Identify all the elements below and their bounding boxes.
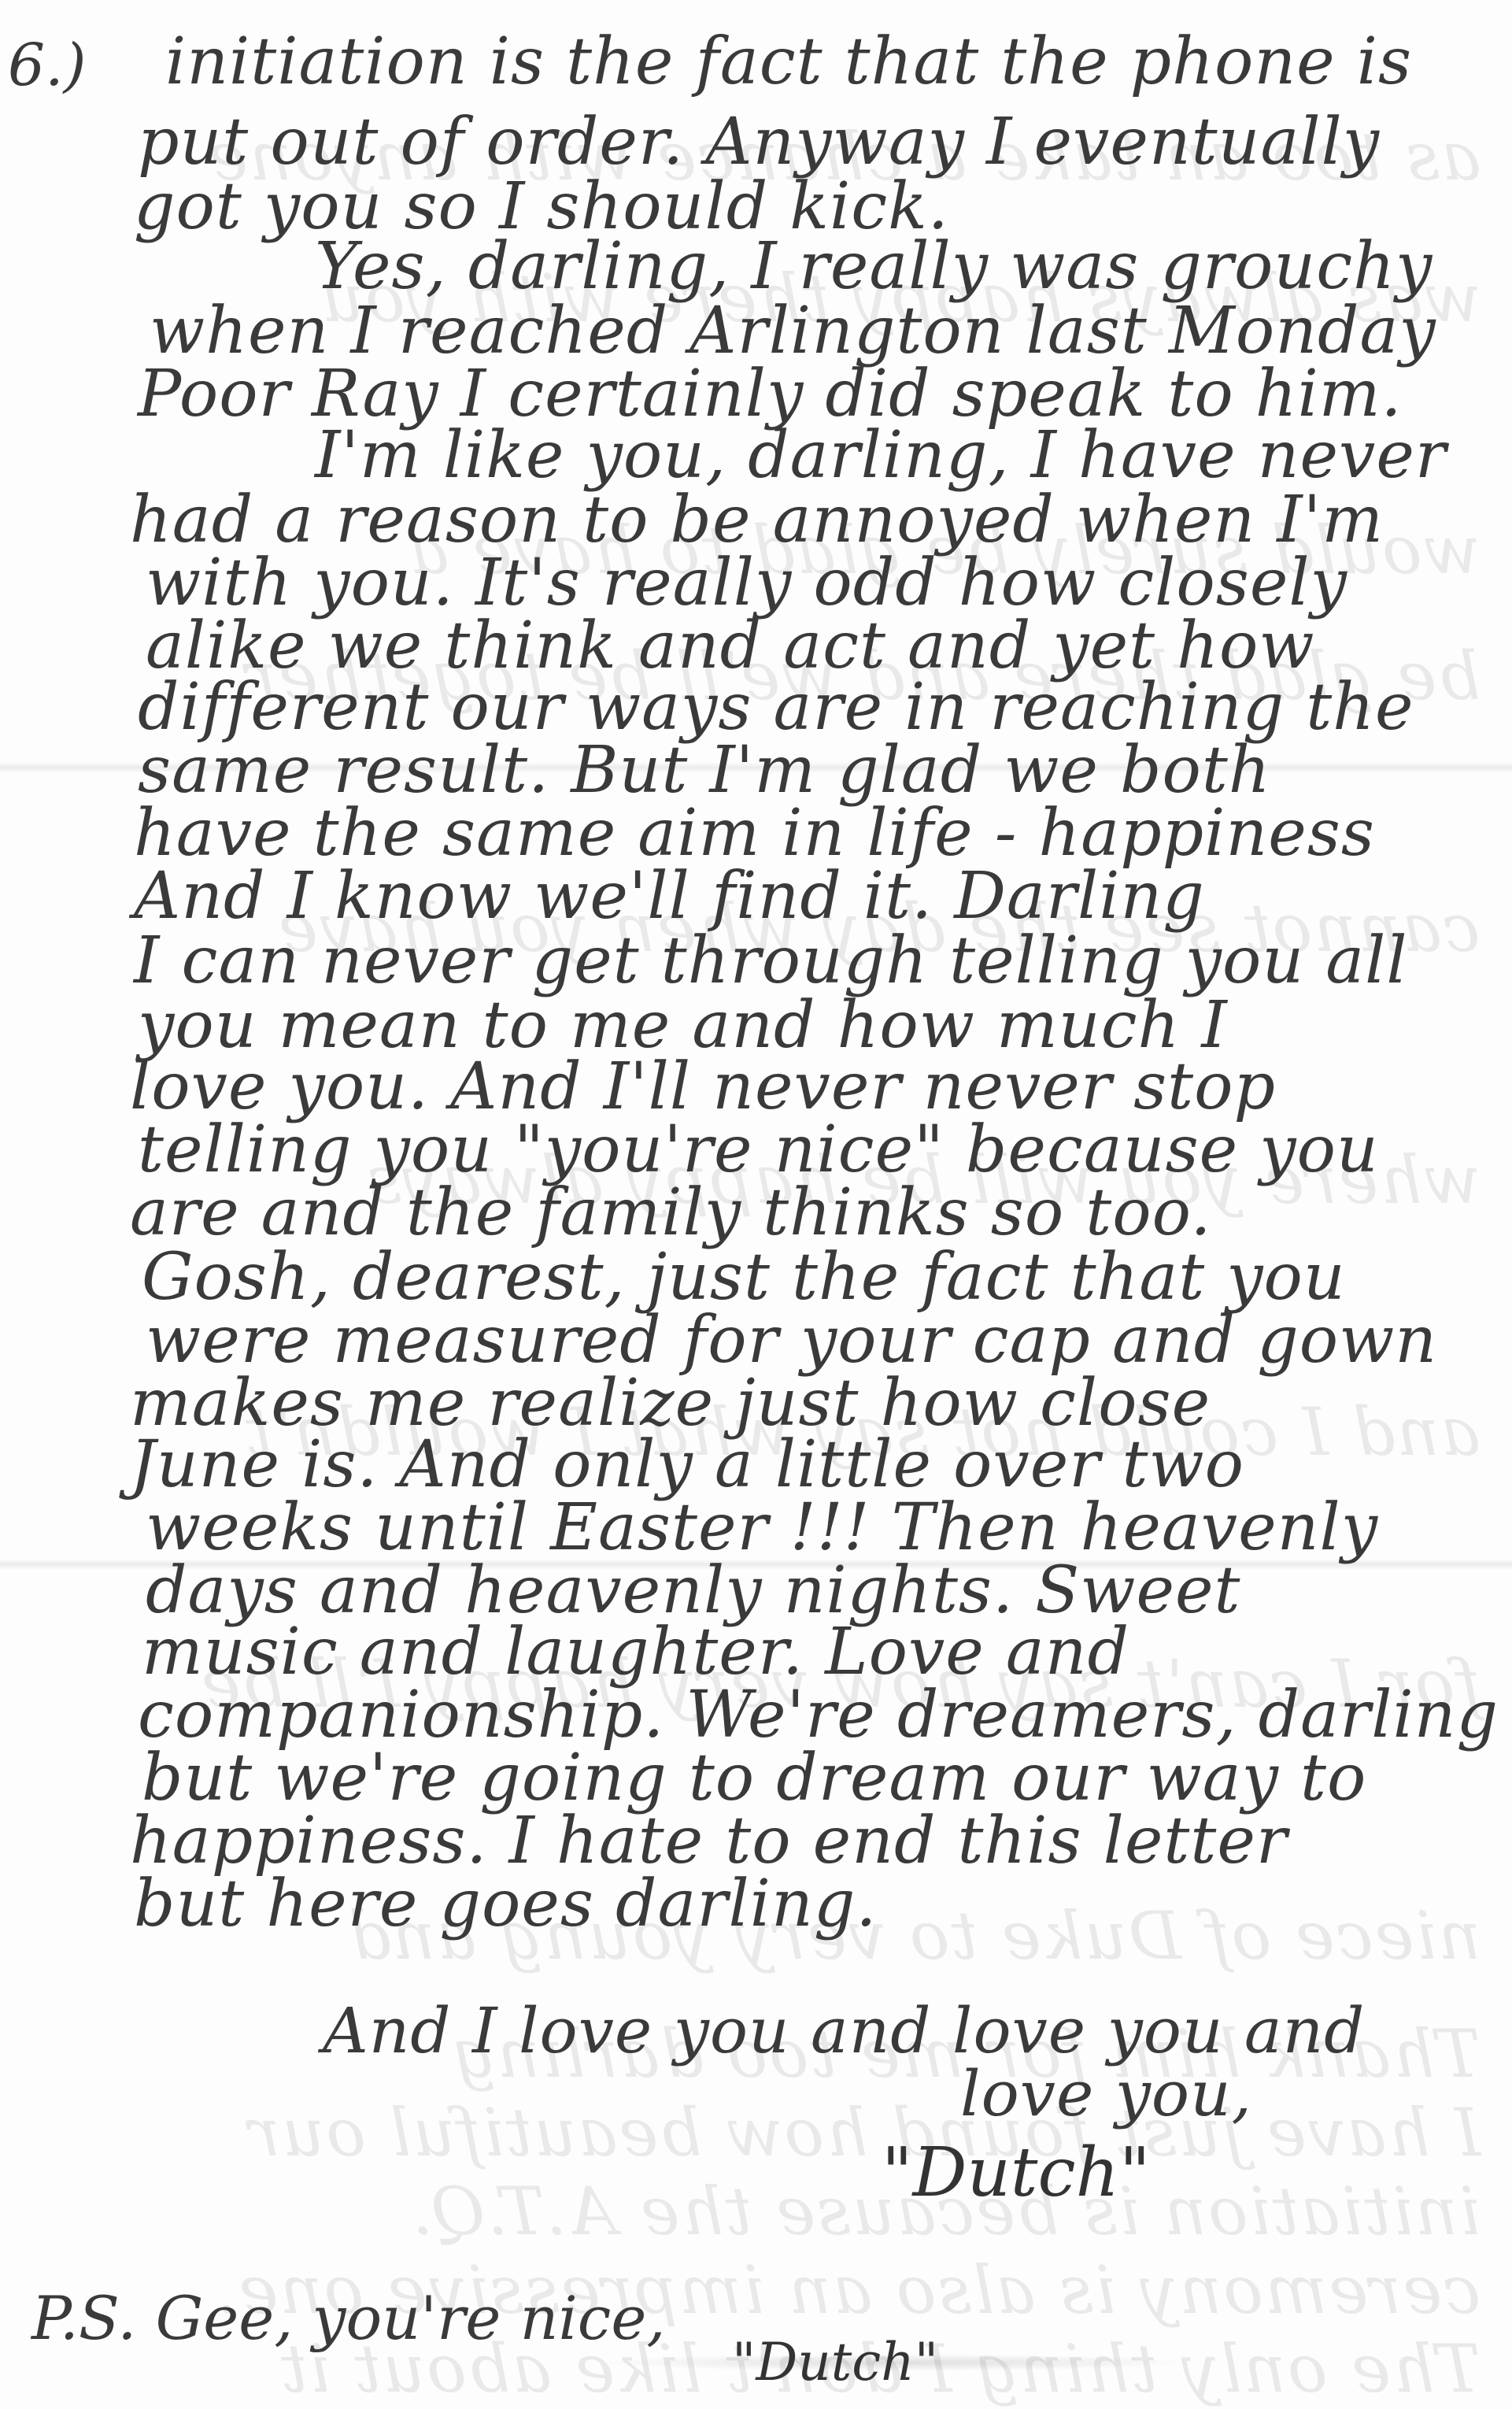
letter-line: had a reason to be annoyed when I'm (130, 488, 1384, 553)
postscript-signature: "Dutch" (732, 2332, 938, 2392)
closing-line: love you, (960, 2063, 1252, 2126)
letter-line: weeks until Easter !!! Then heavenly (146, 1496, 1378, 1560)
postscript: P.S. Gee, you're nice, (31, 2283, 666, 2353)
letter-line: June is. And only a little over two (130, 1433, 1244, 1497)
letter-line: different our ways are in reaching the (138, 675, 1414, 740)
letter-line: companionship. We're dreamers, darling (138, 1683, 1499, 1748)
letter-page: as too an take a chance with anyone was … (0, 0, 1512, 2409)
letter-line: days and heavenly nights. Sweet (146, 1559, 1241, 1623)
letter-line: you mean to me and how much I (138, 994, 1228, 1058)
letter-line: put out of order. Anyway I eventually (138, 110, 1380, 175)
letter-line: have the same aim in life - happiness (134, 801, 1375, 866)
closing-line: And I love you and love you and (323, 2000, 1365, 2063)
letter-line: Yes, darling, I really was grouchy (315, 235, 1433, 299)
letter-line: initiation is the fact that the phone is (165, 30, 1412, 94)
letter-line: same result. But I'm glad we both (138, 738, 1271, 803)
letter-line: makes me realize just how close (130, 1371, 1211, 1436)
letter-line: happiness. I hate to end this letter (130, 1809, 1288, 1874)
letter-line: And I know we'll find it. Darling (134, 864, 1205, 929)
signature: "Dutch" (882, 2133, 1151, 2212)
letter-line: Gosh, dearest, just the fact that you (142, 1245, 1346, 1310)
letter-line: I can never get through telling you all (134, 929, 1408, 994)
letter-line: with you. It's really odd how closely (146, 551, 1347, 616)
letter-line: are and the family thinks so too. (130, 1181, 1212, 1245)
letter-line: I'm like you, darling, I have never (315, 424, 1447, 488)
letter-line: music and laughter. Love and (142, 1620, 1129, 1685)
letter-line: love you. And I'll never never stop (130, 1055, 1276, 1119)
letter-line: telling you "you're nice" because you (138, 1118, 1379, 1182)
letter-line: but here goes darling. (134, 1872, 877, 1937)
letter-line: but we're going to dream our way to (142, 1746, 1366, 1811)
letter-line: when I reached Arlington last Monday (150, 299, 1436, 364)
letter-line: were measured for your cap and gown (146, 1308, 1437, 1373)
letter-line: Poor Ray I certainly did speak to him. (138, 362, 1403, 427)
page-number: 6.) (8, 31, 86, 99)
letter-line: alike we think and act and yet how (146, 614, 1315, 679)
